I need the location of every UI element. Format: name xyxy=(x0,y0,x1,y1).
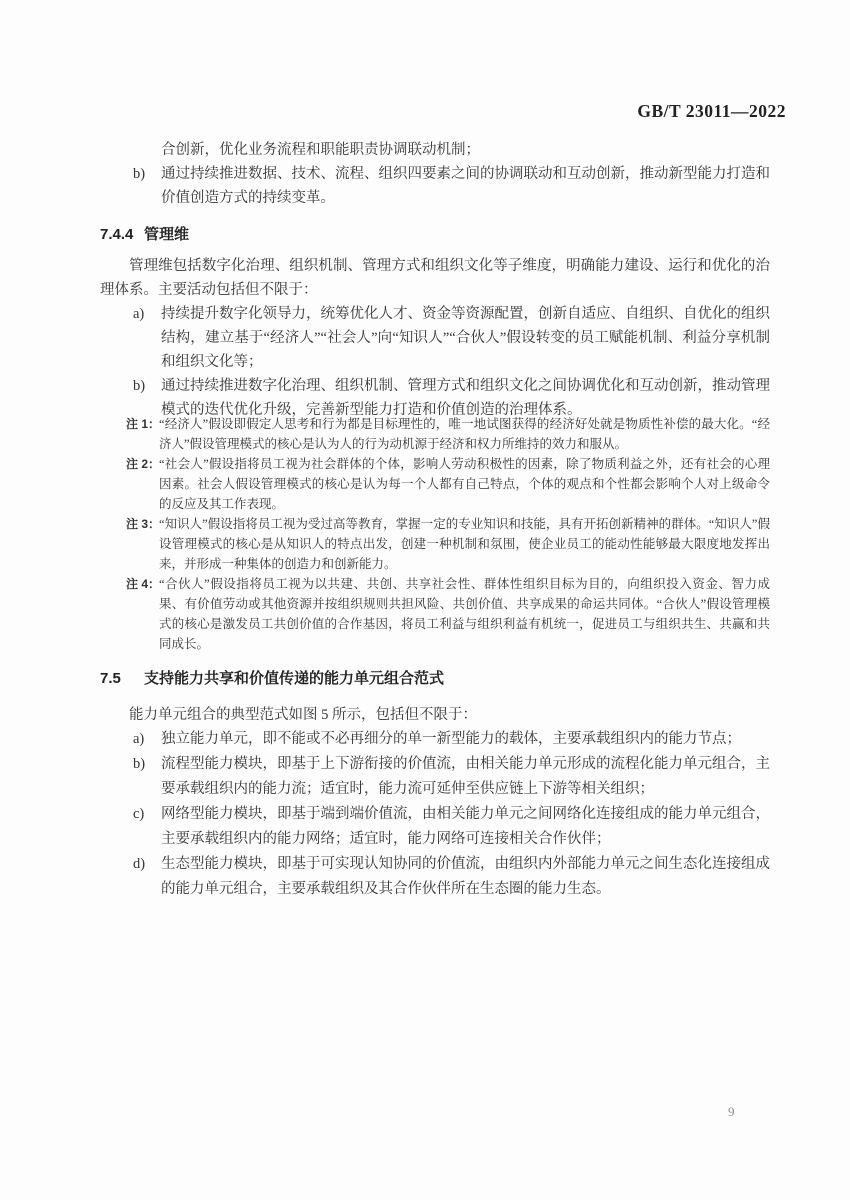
note-marker: 注 4： xyxy=(126,574,159,654)
note-marker: 注 3： xyxy=(126,514,159,574)
section-title: 支持能力共享和价值传递的能力单元组合范式 xyxy=(144,668,444,690)
note: 注 1： “经济人”假设即假定人思考和行为都是目标理性的，唯一地试图获得的经济好… xyxy=(126,414,770,454)
section-number: 7.4.4 xyxy=(100,224,144,246)
list-item: a) 持续提升数字化领导力，统筹优化人才、资金等资源配置，创新自适应、自组织、自… xyxy=(133,302,770,374)
list-item-marker: a) xyxy=(133,302,161,374)
section-heading-75: 7.5 支持能力共享和价值传递的能力单元组合范式 xyxy=(100,668,770,690)
page-content: 合创新，优化业务流程和职能职责协调联动机制； b) 通过持续推进数据、技术、流程… xyxy=(100,101,770,902)
note-text: “经济人”假设即假定人思考和行为都是目标理性的，唯一地试图获得的经济好处就是物质… xyxy=(159,414,770,454)
list-item-text: 通过持续推进数据、技术、流程、组织四要素之间的协调联动和互动创新，推动新型能力打… xyxy=(161,162,770,210)
list-item: b) 流程型能力模块，即基于上下游衔接的价值流，由相关能力单元形成的流程化能力单… xyxy=(133,752,770,802)
list-item-text: 生态型能力模块，即基于可实现认知协同的价值流，由组织内外部能力单元之间生态化连接… xyxy=(161,852,770,902)
section-75-intro: 能力单元组合的典型范式如图 5 所示，包括但不限于： xyxy=(100,703,770,727)
list-item: a) 独立能力单元，即不能或不必再细分的单一新型能力的载体，主要承载组织内的能力… xyxy=(133,727,770,752)
note-marker: 注 2： xyxy=(126,454,159,514)
section-title: 管理维 xyxy=(144,224,189,246)
page-number: 9 xyxy=(728,1104,735,1120)
note: 注 3： “知识人”假设指将员工视为受过高等教育，掌握一定的专业知识和技能，具有… xyxy=(126,514,770,574)
list-item-marker: d) xyxy=(133,852,161,902)
list-item-marker: b) xyxy=(133,752,161,802)
section-75-list: a) 独立能力单元，即不能或不必再细分的单一新型能力的载体，主要承载组织内的能力… xyxy=(100,727,770,902)
note: 注 2： “社会人”假设指将员工视为社会群体的个体，影响人劳动积极性的因素，除了… xyxy=(126,454,770,514)
list-item: c) 网络型能力模块，即基于端到端价值流，由相关能力单元之间网络化连接组成的能力… xyxy=(133,802,770,852)
list-item: d) 生态型能力模块，即基于可实现认知协同的价值流，由组织内外部能力单元之间生态… xyxy=(133,852,770,902)
notes-block: 注 1： “经济人”假设即假定人思考和行为都是目标理性的，唯一地试图获得的经济好… xyxy=(100,414,770,654)
list-item-text: 流程型能力模块，即基于上下游衔接的价值流，由相关能力单元形成的流程化能力单元组合… xyxy=(161,752,770,802)
list-item: b) 通过持续推进数据、技术、流程、组织四要素之间的协调联动和互动创新，推动新型… xyxy=(133,162,770,210)
section-744-intro: 管理维包括数字化治理、组织机制、管理方式和组织文化等子维度，明确能力建设、运行和… xyxy=(100,254,770,302)
list-item-marker: b) xyxy=(133,162,161,210)
list-item-marker: c) xyxy=(133,802,161,852)
list-item-text: 持续提升数字化领导力，统筹优化人才、资金等资源配置，创新自适应、自组织、自优化的… xyxy=(161,302,770,374)
list-item-text: 独立能力单元，即不能或不必再细分的单一新型能力的载体，主要承载组织内的能力节点； xyxy=(161,727,770,752)
note-text: “合伙人”假设指将员工视为以共建、共创、共享社会性、群体性组织目标为目的，向组织… xyxy=(159,574,770,654)
continuation-text: 合创新，优化业务流程和职能职责协调联动机制； xyxy=(161,138,770,162)
list-item-text: 网络型能力模块，即基于端到端价值流，由相关能力单元之间网络化连接组成的能力单元组… xyxy=(161,802,770,852)
note-text: “社会人”假设指将员工视为社会群体的个体，影响人劳动积极性的因素，除了物质利益之… xyxy=(159,454,770,514)
list-item-marker: a) xyxy=(133,727,161,752)
note-text: “知识人”假设指将员工视为受过高等教育，掌握一定的专业知识和技能，具有开拓创新精… xyxy=(159,514,770,574)
section-heading-744: 7.4.4 管理维 xyxy=(100,224,770,246)
document-page: GB/T 23011—2022 合创新，优化业务流程和职能职责协调联动机制； b… xyxy=(0,0,850,1200)
section-number: 7.5 xyxy=(100,668,144,690)
note: 注 4： “合伙人”假设指将员工视为以共建、共创、共享社会性、群体性组织目标为目… xyxy=(126,574,770,654)
note-marker: 注 1： xyxy=(126,414,159,454)
